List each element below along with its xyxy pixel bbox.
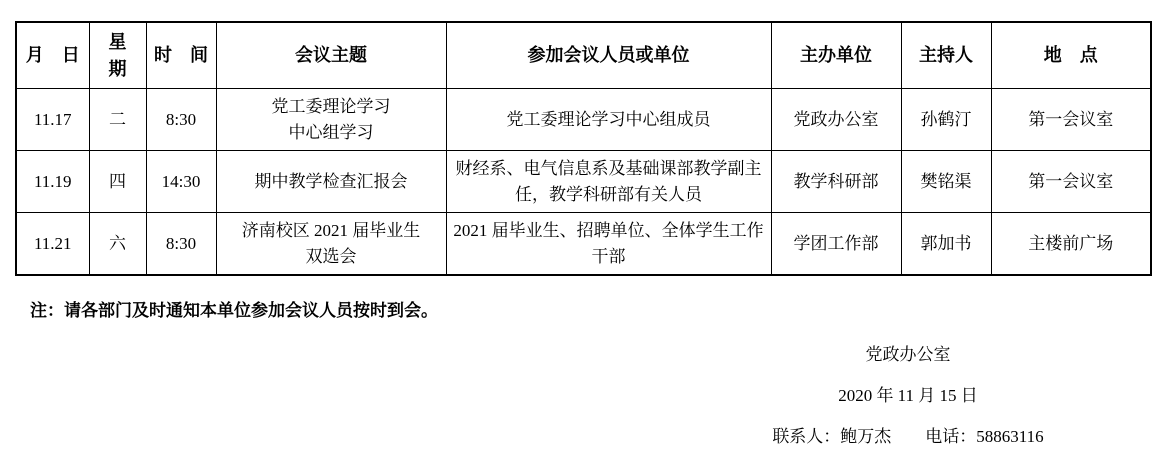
header-organizer: 主办单位: [771, 22, 901, 89]
cell-attendees: 财经系、电气信息系及基础课部教学副主任，教学科研部有关人员: [446, 151, 771, 213]
signature-date: 2020 年 11 月 15 日: [658, 375, 1158, 416]
cell-topic: 党工委理论学习 中心组学习: [216, 89, 446, 151]
meeting-schedule-table: 月 日 星 期 时 间 会议主题 参加会议人员或单位 主办单位 主持人 地 点 …: [15, 21, 1152, 276]
cell-topic: 济南校区 2021 届毕业生 双选会: [216, 213, 446, 276]
header-weekday: 星 期: [89, 22, 146, 89]
table-header-row: 月 日 星 期 时 间 会议主题 参加会议人员或单位 主办单位 主持人 地 点: [16, 22, 1151, 89]
cell-host: 孙鹤汀: [901, 89, 991, 151]
header-date: 月 日: [16, 22, 89, 89]
cell-location: 第一会议室: [991, 89, 1151, 151]
cell-topic: 期中教学检查汇报会: [216, 151, 446, 213]
table-row: 11.17 二 8:30 党工委理论学习 中心组学习 党工委理论学习中心组成员 …: [16, 89, 1151, 151]
header-time: 时 间: [146, 22, 216, 89]
cell-host: 郭加书: [901, 213, 991, 276]
cell-time: 8:30: [146, 89, 216, 151]
table-row: 11.19 四 14:30 期中教学检查汇报会 财经系、电气信息系及基础课部教学…: [16, 151, 1151, 213]
cell-host: 樊铭渠: [901, 151, 991, 213]
cell-weekday: 二: [89, 89, 146, 151]
meeting-notice-page: 月 日 星 期 时 间 会议主题 参加会议人员或单位 主办单位 主持人 地 点 …: [0, 0, 1163, 460]
cell-date: 11.19: [16, 151, 89, 213]
table-row: 11.21 六 8:30 济南校区 2021 届毕业生 双选会 2021 届毕业…: [16, 213, 1151, 276]
header-location: 地 点: [991, 22, 1151, 89]
cell-date: 11.17: [16, 89, 89, 151]
cell-organizer: 教学科研部: [771, 151, 901, 213]
cell-time: 8:30: [146, 213, 216, 276]
header-attendees: 参加会议人员或单位: [446, 22, 771, 89]
cell-time: 14:30: [146, 151, 216, 213]
cell-weekday: 六: [89, 213, 146, 276]
signature-block: 党政办公室 2020 年 11 月 15 日 联系人：鲍万杰 电话：588631…: [658, 334, 1158, 457]
signature-contact: 联系人：鲍万杰 电话：58863116: [658, 416, 1158, 457]
cell-attendees: 党工委理论学习中心组成员: [446, 89, 771, 151]
cell-location: 第一会议室: [991, 151, 1151, 213]
cell-attendees: 2021 届毕业生、招聘单位、全体学生工作干部: [446, 213, 771, 276]
cell-date: 11.21: [16, 213, 89, 276]
header-host: 主持人: [901, 22, 991, 89]
header-topic: 会议主题: [216, 22, 446, 89]
notice-note: 注：请各部门及时通知本单位参加会议人员按时到会。: [30, 296, 438, 321]
signature-department: 党政办公室: [658, 334, 1158, 375]
cell-weekday: 四: [89, 151, 146, 213]
cell-location: 主楼前广场: [991, 213, 1151, 276]
cell-organizer: 学团工作部: [771, 213, 901, 276]
cell-organizer: 党政办公室: [771, 89, 901, 151]
